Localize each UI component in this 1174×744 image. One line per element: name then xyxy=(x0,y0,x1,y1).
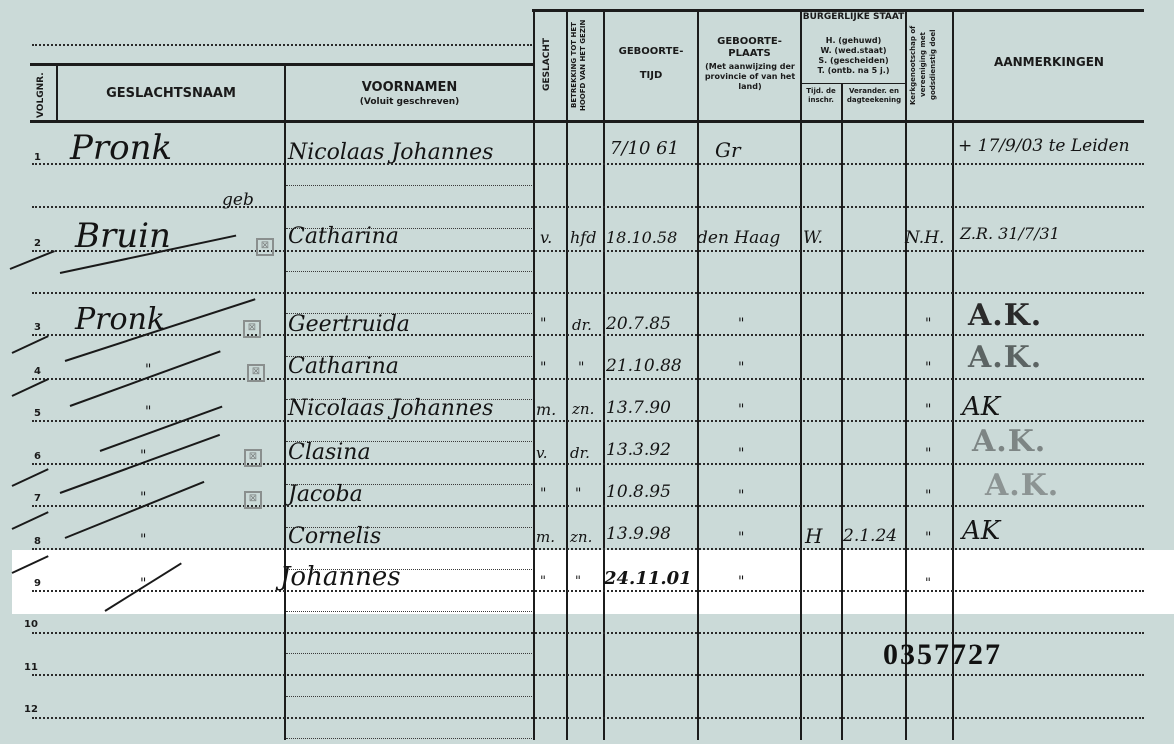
row5-surname: " xyxy=(145,404,151,420)
row5-relation: zn. xyxy=(572,400,594,418)
row-number-1: 1 xyxy=(34,152,41,163)
header-bottom-rule xyxy=(30,120,1144,123)
col-divider-geslacht xyxy=(566,9,568,740)
row5-sex: m. xyxy=(536,400,556,419)
row9-surname: " xyxy=(140,576,146,592)
row7-sex: " xyxy=(540,486,546,502)
row6-birthplace: " xyxy=(738,446,744,462)
voornamen-subrule xyxy=(286,271,532,272)
row9-birthdate: 24.11.01 xyxy=(604,568,692,589)
row2-sex: v. xyxy=(540,228,552,247)
row8-sex: m. xyxy=(536,528,555,546)
row2-birthplace: den Haag xyxy=(697,228,780,248)
row9-birthplace: " xyxy=(738,574,744,590)
row8-remarks: AK xyxy=(962,516,1000,546)
voornamen-subrule xyxy=(286,611,532,612)
row2-firstnames: Catharina xyxy=(288,224,399,249)
voornamen-subrule xyxy=(286,653,532,654)
row1-surname: Pronk xyxy=(70,128,172,168)
small-stamp-icon: ⊠ xyxy=(247,364,265,382)
row6-remarks-stamp: A.K. xyxy=(972,424,1046,459)
row6-relation: dr. xyxy=(570,444,590,462)
crossout-mark xyxy=(10,250,55,270)
row-rule-10 xyxy=(32,632,1144,634)
header-geslachtsnaam: GESLACHTSNAAM xyxy=(58,86,284,101)
voornamen-subrule xyxy=(286,696,532,697)
header-geslacht: GESLACHT xyxy=(542,14,552,116)
small-stamp-icon: ⊠ xyxy=(256,238,274,256)
header-geboorteplaats-1: GEBOORTE- xyxy=(699,36,800,47)
row6-sex: v. xyxy=(536,444,547,462)
row-rule-3 xyxy=(32,334,1144,336)
row3-birthdate: 20.7.85 xyxy=(606,314,671,334)
row-rule-1b xyxy=(32,206,1144,208)
col-divider-voornamen xyxy=(533,9,535,740)
row4-sex: " xyxy=(540,360,546,376)
col-divider-geboorteplaats xyxy=(800,9,802,740)
row4-church: " xyxy=(925,360,931,376)
row3-sex: " xyxy=(540,316,546,332)
header-geboortetijd-2: TIJD xyxy=(605,70,697,81)
row5-birthdate: 13.7.90 xyxy=(606,398,671,418)
row4-remarks-stamp: A.K. xyxy=(968,340,1042,375)
header-voornamen-sub: (Voluit geschreven) xyxy=(286,97,533,107)
crossout-mark xyxy=(12,335,49,354)
row-rule-2b xyxy=(32,292,1144,294)
row7-remarks-stamp: A.K. xyxy=(985,468,1059,503)
header-geboorteplaats-2: PLAATS xyxy=(699,48,800,59)
row3-relation: dr. xyxy=(572,316,592,334)
row-rule-7 xyxy=(32,505,1144,507)
row4-firstnames: Catharina xyxy=(288,354,399,379)
row-number-12: 12 xyxy=(24,704,38,715)
crossout-mark xyxy=(12,468,49,487)
top-rule xyxy=(32,44,532,46)
header-bs-h: H. (gehuwd) xyxy=(802,36,905,45)
row7-church: " xyxy=(925,488,931,504)
header-bs-verander: Verander. en dagteekening xyxy=(843,87,905,105)
header-aanmerkingen: AANMERKINGEN xyxy=(954,55,1144,69)
row-number-3: 3 xyxy=(34,322,41,333)
header-burgerlijke-staat: BURGERLIJKE STAAT xyxy=(802,12,905,22)
row-rule-8 xyxy=(32,548,1144,550)
bs-subdivider xyxy=(802,83,905,84)
header-betrekking: BETREKKING TOT HET HOOFD VAN HET GEZIN xyxy=(570,12,602,118)
row9-sex: " xyxy=(540,574,546,589)
header-bs-tijd: Tijd. de inschr. xyxy=(802,87,840,105)
header-geboortetijd-1: GEBOORTE- xyxy=(605,46,697,57)
crossout-mark xyxy=(12,511,49,530)
header-geboorteplaats-sub: (Met aanwijzing der provincie of van het… xyxy=(702,62,798,92)
row1-remarks: + 17/9/03 te Leiden xyxy=(958,136,1130,156)
row8-birthdate: 13.9.98 xyxy=(606,524,671,544)
small-stamp-icon: ⊠ xyxy=(244,449,262,467)
row1-birthplace: Gr xyxy=(715,138,741,162)
row6-birthdate: 13.3.92 xyxy=(606,440,671,460)
row-number-4: 4 xyxy=(34,366,41,377)
header-bs-w: W. (wed.staat) xyxy=(802,46,905,55)
row6-surname: " xyxy=(140,448,146,464)
row-number-9: 9 xyxy=(34,578,41,589)
row2-surname-note: geb xyxy=(222,190,254,210)
row-number-10: 10 xyxy=(24,619,38,630)
row7-firstnames: Jacoba xyxy=(288,482,363,507)
row-rule-1 xyxy=(32,163,1144,165)
row-rule-11 xyxy=(32,674,1144,676)
row7-birthplace: " xyxy=(738,488,744,504)
header-top-left-rule xyxy=(30,63,535,66)
row1-birthdate: 7/10 61 xyxy=(610,138,679,159)
row7-birthdate: 10.8.95 xyxy=(606,482,671,502)
row-rule-2 xyxy=(32,250,1144,252)
highlighted-row-band xyxy=(12,550,1174,614)
row4-surname: " xyxy=(145,362,151,378)
row8-birthplace: " xyxy=(738,530,744,546)
row4-birthdate: 21.10.88 xyxy=(606,356,682,376)
row3-firstnames: Geertruida xyxy=(288,312,410,337)
row5-firstnames: Nicolaas Johannes xyxy=(288,396,493,421)
row2-church: N.H. xyxy=(905,228,944,248)
row5-remarks: AK xyxy=(962,392,1000,422)
col-divider-bs-tijd xyxy=(841,83,843,740)
row-rule-4 xyxy=(32,378,1144,380)
col-divider-geslachtsnaam xyxy=(284,64,286,740)
row7-relation: " xyxy=(575,486,581,502)
row-number-5: 5 xyxy=(34,408,41,419)
row-number-2: 2 xyxy=(34,238,41,249)
row-number-6: 6 xyxy=(34,451,41,462)
voornamen-subrule xyxy=(286,738,532,739)
header-volgnr: VOLGNR. xyxy=(36,72,46,118)
row4-birthplace: " xyxy=(738,360,744,376)
small-stamp-icon: ⊠ xyxy=(244,491,262,509)
row8-civil: H xyxy=(805,524,822,548)
crossout-mark xyxy=(100,406,223,452)
row3-church: " xyxy=(925,316,931,332)
col-divider-burgerlijke-staat xyxy=(905,9,907,740)
row-rule-9 xyxy=(32,590,1144,592)
row2-birthdate: 18.10.58 xyxy=(606,228,677,247)
small-stamp-icon: ⊠ xyxy=(243,320,261,338)
col-divider-geboortetijd xyxy=(697,9,699,740)
crossout-mark xyxy=(12,378,49,397)
row-rule-6 xyxy=(32,463,1144,465)
row8-civil-date: 2.1.24 xyxy=(843,526,897,546)
row8-surname: " xyxy=(140,532,146,548)
row3-birthplace: " xyxy=(738,316,744,332)
row7-surname: " xyxy=(140,490,146,506)
row4-relation: " xyxy=(578,360,584,376)
row9-firstnames: Johannes xyxy=(280,562,401,592)
row8-relation: zn. xyxy=(570,528,592,546)
crossout-mark xyxy=(65,481,205,539)
col-divider-betrekking xyxy=(603,9,605,740)
serial-number: 0357727 xyxy=(883,638,1002,672)
row6-church: " xyxy=(925,446,931,462)
header-bs-s: S. (gescheiden) xyxy=(802,56,905,65)
row-number-8: 8 xyxy=(34,536,41,547)
row9-church: " xyxy=(925,576,931,591)
header-kerkgenootschap: Kerkgenootschap of vereeniging met godsd… xyxy=(908,12,950,118)
row2-civil: W. xyxy=(803,228,823,248)
header-bs-t: T. (ontb. na 5 j.) xyxy=(802,66,905,75)
col-divider-kerk xyxy=(952,9,954,740)
row2-remarks: Z.R. 31/7/31 xyxy=(960,224,1060,243)
row1-firstnames: Nicolaas Johannes xyxy=(288,140,493,165)
row8-church: " xyxy=(925,530,931,546)
row5-church: " xyxy=(925,402,931,418)
row3-surname: Pronk xyxy=(75,302,165,337)
row6-firstnames: Clasina xyxy=(288,440,371,465)
row-rule-12 xyxy=(32,717,1144,719)
row5-birthplace: " xyxy=(738,402,744,418)
row-number-7: 7 xyxy=(34,493,41,504)
row3-remarks-stamp: A.K. xyxy=(968,298,1042,333)
header-voornamen: VOORNAMEN xyxy=(286,80,533,95)
row-number-11: 11 xyxy=(24,662,38,673)
row8-firstnames: Cornelis xyxy=(288,524,381,549)
row2-relation: hfd xyxy=(570,228,596,247)
voornamen-subrule xyxy=(286,185,532,186)
row9-relation: " xyxy=(575,574,581,589)
row2-surname: Bruin xyxy=(75,216,171,256)
